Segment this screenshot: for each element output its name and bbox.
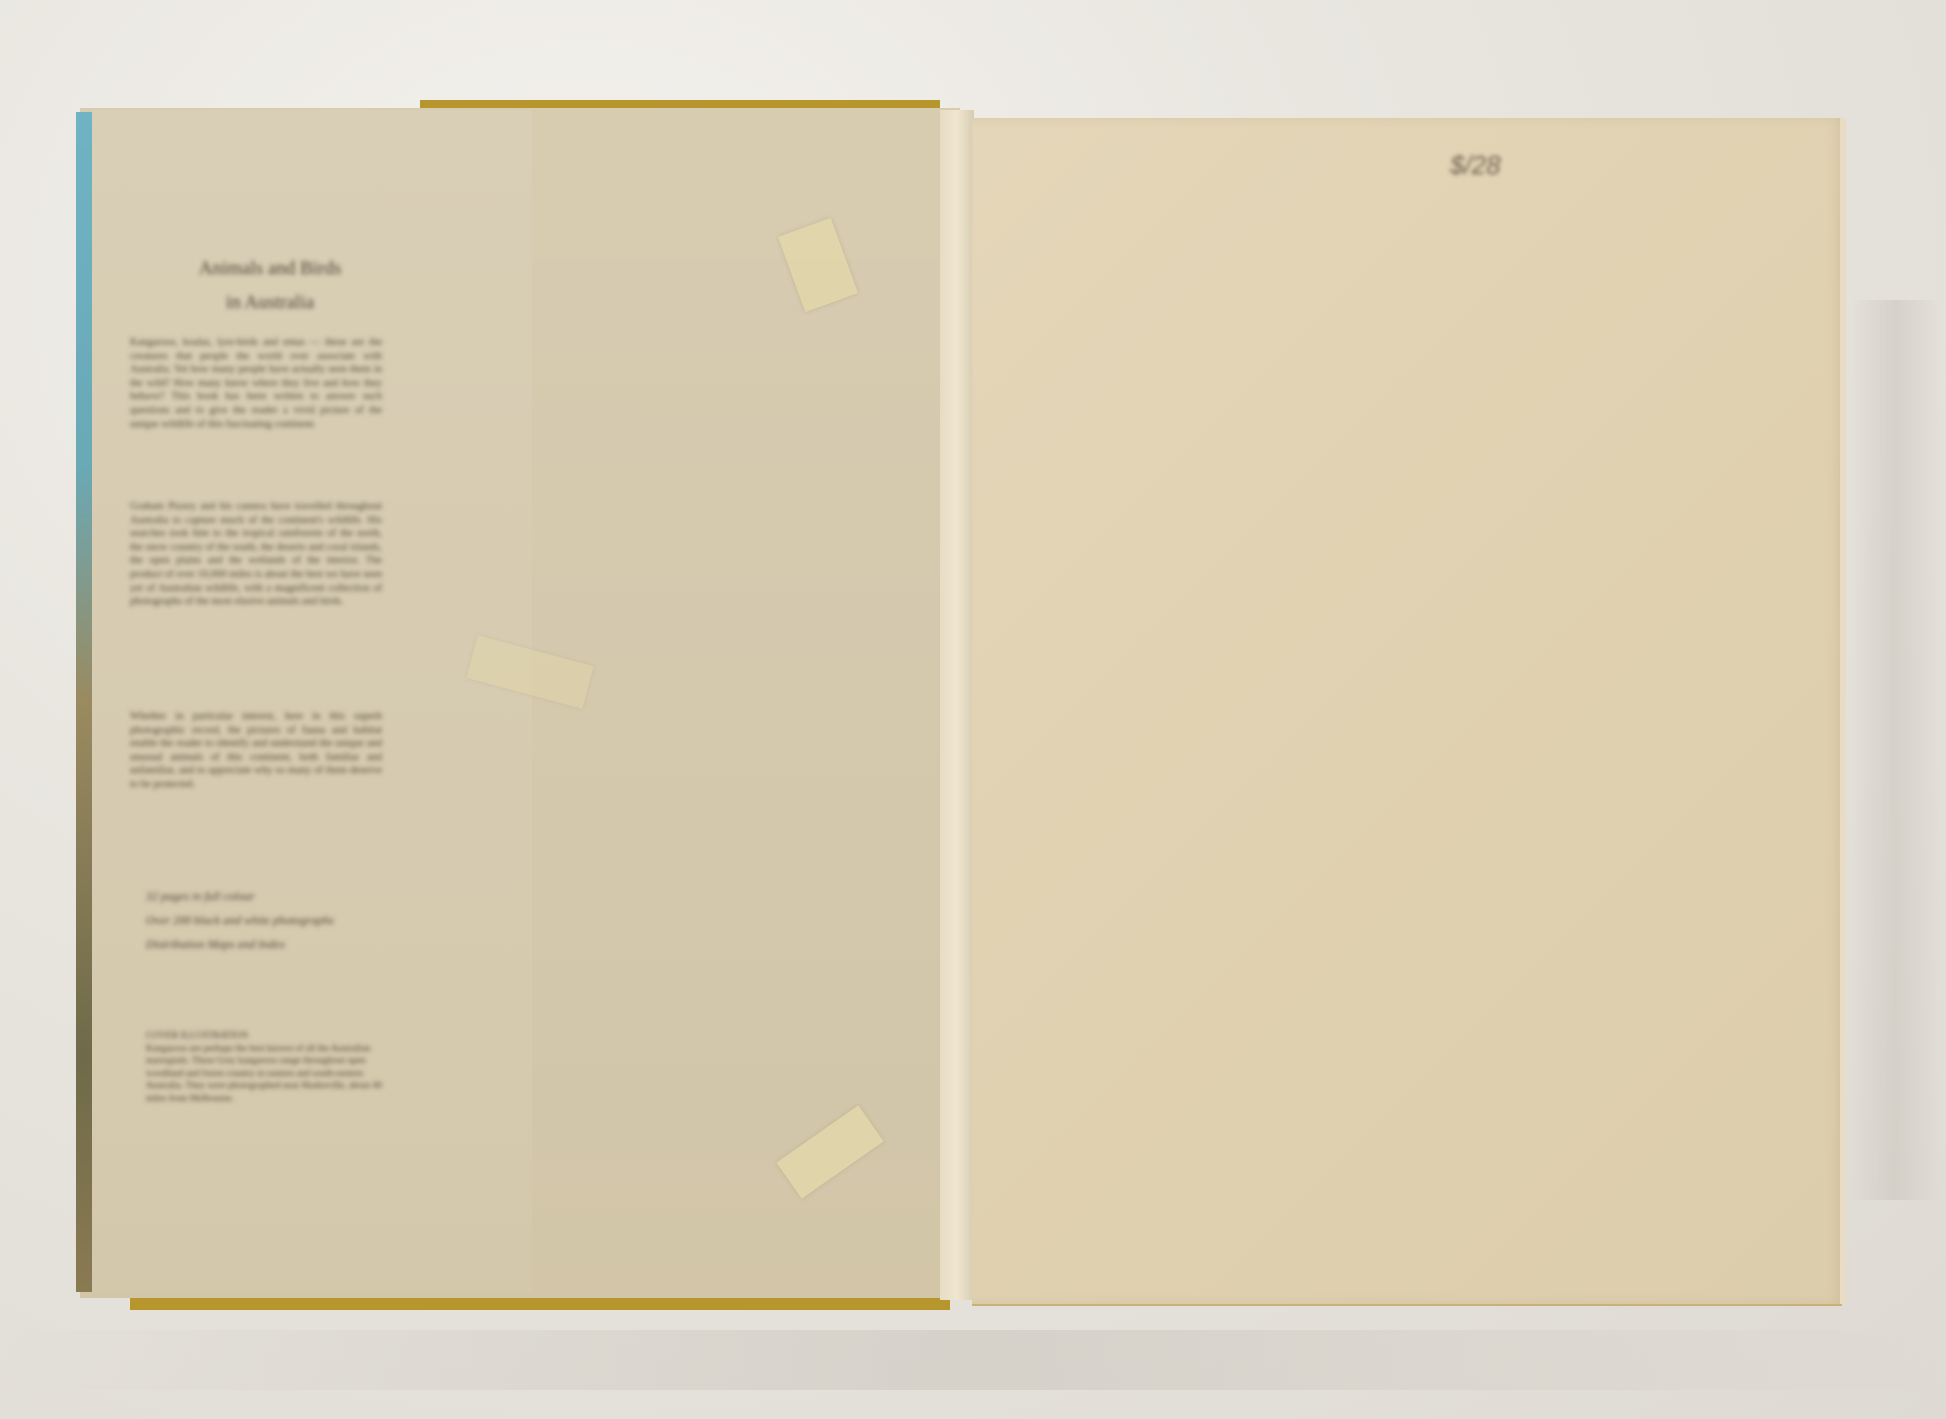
feature-item: Over 200 black and white photographs [146, 910, 386, 930]
cover-caption: COVER ILLUSTRATION Kangaroos are perhaps… [146, 1030, 386, 1105]
front-free-endpaper [972, 118, 1844, 1304]
book-gutter [940, 110, 974, 1300]
sheet-fold [0, 1330, 1946, 1390]
sheet-fold [1850, 300, 1940, 1200]
dust-jacket-front-edge [76, 112, 92, 1292]
blurb-paragraph: Kangaroos, koalas, lyre-birds and emus —… [130, 336, 382, 431]
blurb-paragraph: Graham Pizzey and his camera have travel… [130, 500, 382, 609]
feature-item: Distribution Maps and Index [146, 934, 386, 954]
blurb-paragraph: Whether in particular interest, here in … [130, 710, 382, 792]
page-edge [1840, 118, 1846, 1304]
pastedown-panel [530, 260, 940, 1160]
book-title: Animals and Birds in Australia [140, 252, 400, 320]
feature-list: 32 pages in full colour Over 200 black a… [146, 886, 386, 958]
pencil-price-note: $/28 [1450, 150, 1501, 181]
feature-item: 32 pages in full colour [146, 886, 386, 906]
